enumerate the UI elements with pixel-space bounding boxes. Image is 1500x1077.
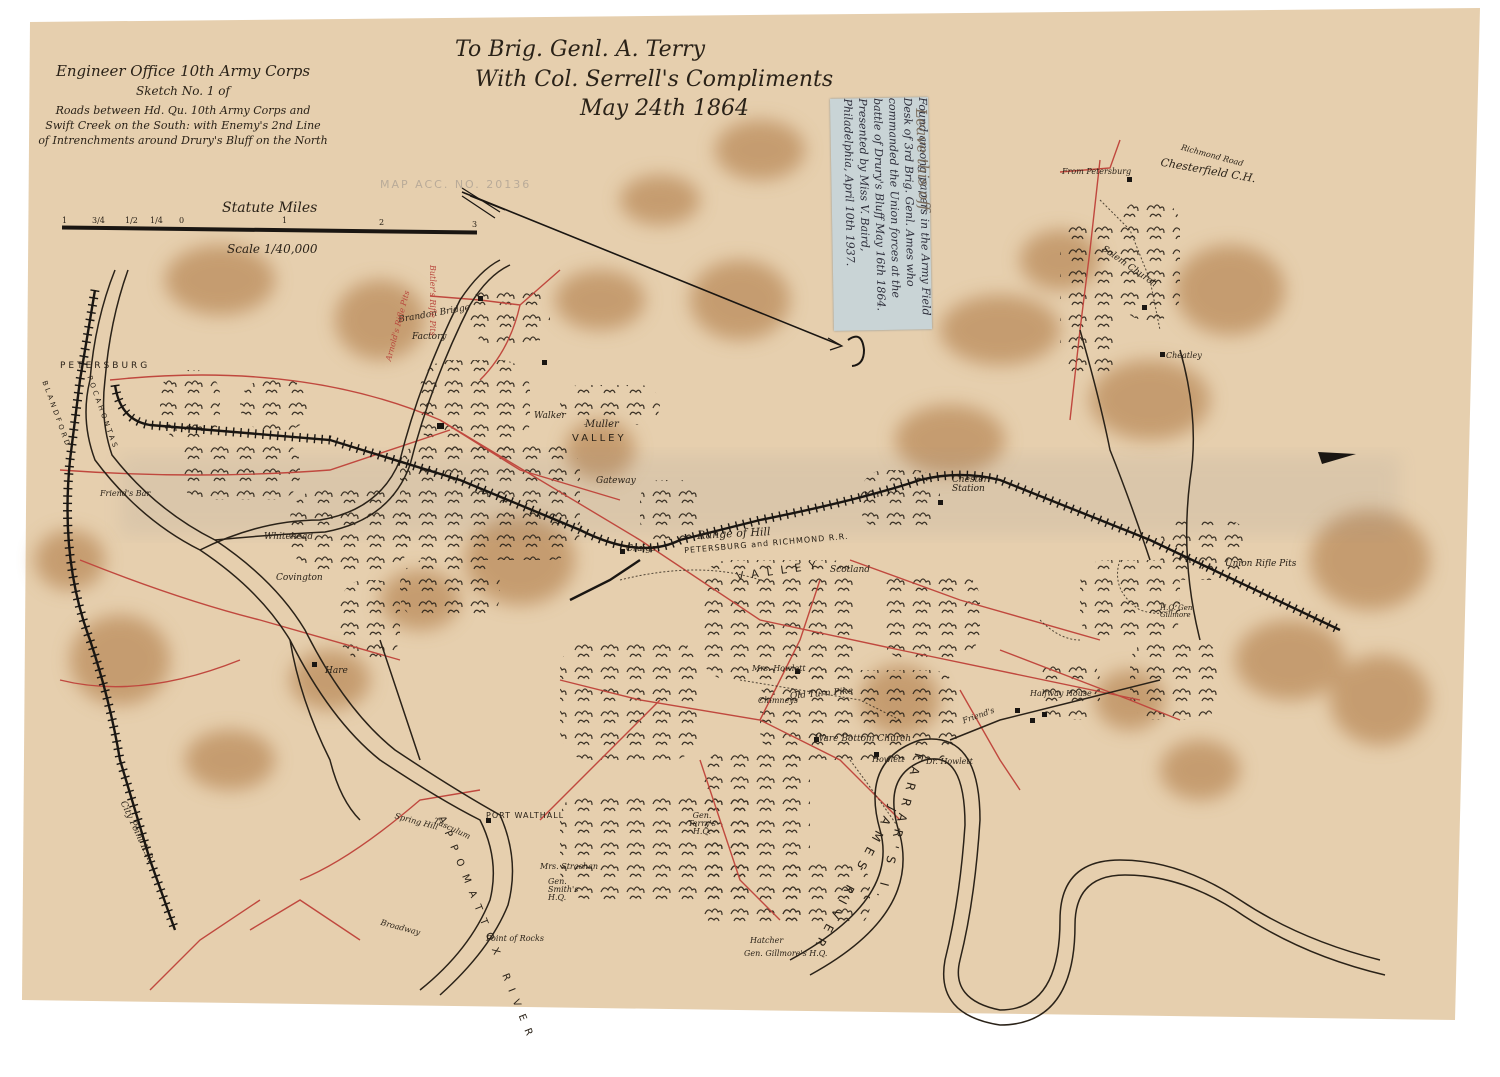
title-cartouche: Engineer Office 10th Army Corps Sketch N… bbox=[38, 52, 328, 149]
scale-tick: 3 bbox=[472, 220, 477, 229]
dedication-line-3: May 24th 1864 bbox=[580, 94, 833, 124]
place-label: Mrs. Howlett bbox=[752, 665, 806, 673]
scale-tick: 1/4 bbox=[150, 216, 163, 225]
place-label: Muller bbox=[585, 420, 619, 430]
scale-tick: 1 bbox=[282, 216, 287, 225]
place-label: Chimneys bbox=[758, 697, 798, 705]
scale-tick: 3/4 bbox=[92, 216, 105, 225]
place-label: Union Rifle Pits bbox=[1225, 560, 1296, 569]
scale-ratio: Scale 1/40,000 bbox=[227, 242, 318, 256]
scale-tick: 0 bbox=[179, 216, 184, 225]
place-label: Dr. Howlett bbox=[926, 758, 973, 766]
archive-stamp: MAP ACC. NO. 20136 bbox=[380, 178, 531, 191]
scale-tick: 2 bbox=[379, 218, 384, 227]
place-label: Walker bbox=[534, 412, 566, 421]
title-line-4: Swift Creek on the South: with Enemy's 2… bbox=[38, 119, 328, 134]
title-line-5: of Intrenchments around Drury's Bluff on… bbox=[38, 134, 328, 149]
place-label: Hatcher bbox=[750, 937, 783, 945]
place-label: H.Q. Gen. Gillmore bbox=[1160, 605, 1200, 619]
place-label: Mrs. Strachan bbox=[540, 863, 598, 871]
place-label: PETERSBURG bbox=[60, 362, 150, 371]
place-label: Cheatley bbox=[1166, 352, 1202, 360]
place-label: Chester Station bbox=[952, 476, 1002, 494]
title-line-1: Engineer Office 10th Army Corps bbox=[38, 62, 328, 80]
place-label: From Petersburg bbox=[1062, 168, 1131, 176]
pencil-note: Leave this off bbox=[912, 108, 934, 211]
place-label: Butler's Rifle Pits bbox=[428, 265, 436, 336]
place-label: Gateway bbox=[596, 477, 636, 486]
place-label: Scotland bbox=[830, 566, 870, 575]
place-label: Howlett bbox=[872, 756, 904, 764]
place-label: Whitehead bbox=[264, 533, 313, 542]
scale-tick: 1 bbox=[62, 216, 67, 225]
place-label: Gen. Smith's H.Q. bbox=[548, 878, 598, 902]
scale-tick: 1/2 bbox=[125, 216, 138, 225]
place-label: Hare bbox=[325, 667, 348, 676]
scale-title: Statute Miles bbox=[222, 200, 317, 216]
place-label: VALLEY bbox=[572, 434, 627, 444]
dedication-line-2: With Col. Serrell's Compliments bbox=[475, 65, 833, 95]
place-label: Ware Bottom Church bbox=[815, 735, 911, 744]
title-line-3: Roads between Hd. Qu. 10th Army Corps an… bbox=[38, 104, 328, 119]
map-sheet: MAP ACC. NO. 20136 Engineer Office 10th … bbox=[0, 0, 1500, 1077]
place-label: Friend's Bar bbox=[100, 490, 150, 498]
place-label: Craigs bbox=[626, 545, 656, 554]
title-line-2: Sketch No. 1 of bbox=[38, 84, 328, 98]
dedication: To Brig. Genl. A. Terry With Col. Serrel… bbox=[455, 35, 833, 124]
place-label: Halfway House bbox=[1030, 690, 1092, 698]
dedication-line-1: To Brig. Genl. A. Terry bbox=[455, 35, 833, 65]
place-label: Covington bbox=[276, 574, 323, 583]
place-label: PORT WALTHALL bbox=[486, 812, 564, 820]
place-label: Gen. Terry's H.Q. bbox=[680, 812, 724, 836]
